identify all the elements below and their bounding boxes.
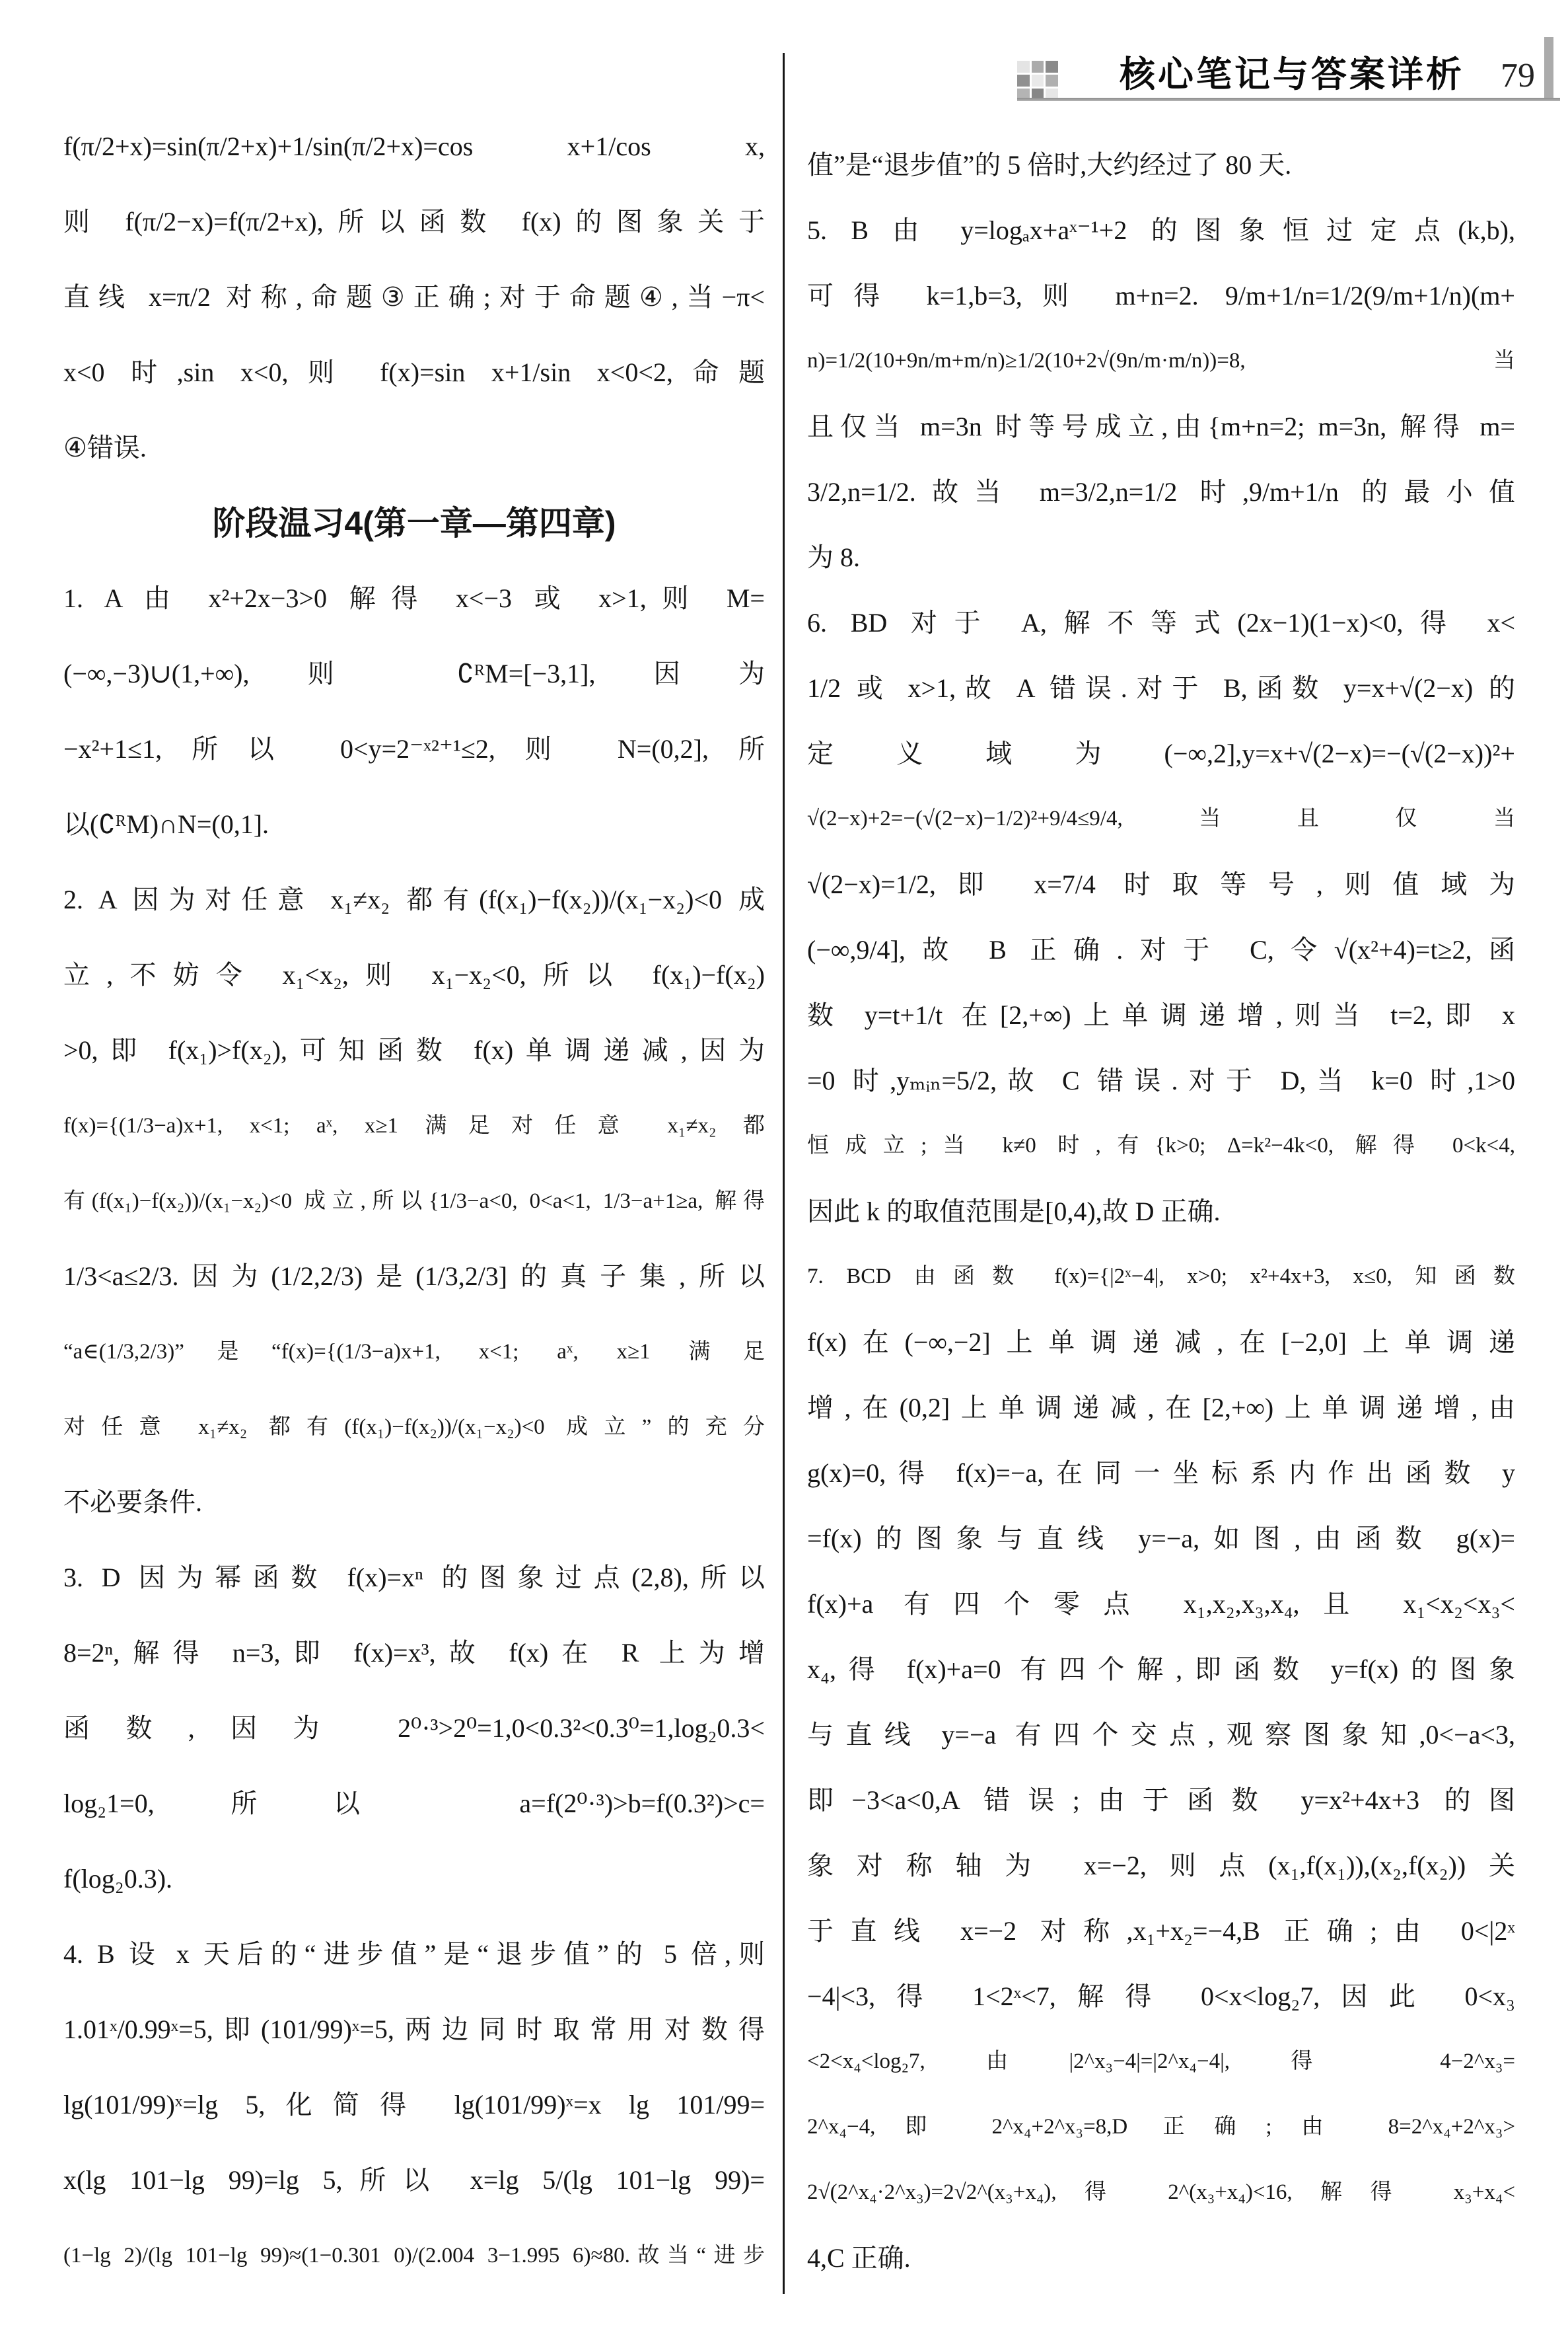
text-line: f(π/2+x)=sin(π/2+x)+1/sin(π/2+x)=cos x+1…	[63, 109, 765, 184]
text-line: 象对称轴为 x=−2,则点(x₁,f(x₁)),(x₂,f(x₂))关	[807, 1833, 1515, 1898]
text-line: 对任意 x₁≠x₂ 都有(f(x₁)−f(x₂))/(x₁−x₂)<0 成立”的…	[63, 1389, 765, 1465]
text-line: 于直线 x=−2 对称,x₁+x₂=−4,B 正确;由 0<|2ˣ	[807, 1898, 1515, 1964]
text-line: 1. A 由 x²+2x−3>0 解得 x<−3 或 x>1,则 M=	[63, 561, 765, 636]
text-line: 2. A 因为对任意 x₁≠x₂ 都有(f(x₁)−f(x₂))/(x₁−x₂)…	[63, 862, 765, 938]
text-line: 与直线 y=−a 有四个交点,观察图象知,0<−a<3,	[807, 1702, 1515, 1767]
text-line: 以(∁ᴿM)∩N=(0,1].	[63, 787, 765, 862]
text-line: 立,不妨令 x₁<x₂,则 x₁−x₂<0,所以 f(x₁)−f(x₂)	[63, 938, 765, 1013]
text-line: 1.01ˣ/0.99ˣ=5,即(101/99)ˣ=5,两边同时取常用对数得	[63, 1992, 765, 2067]
book-page: 核心笔记与答案详析 79 f(π/2+x)=sin(π/2+x)+1/sin(π…	[0, 0, 1568, 2325]
text-line: 定义域为(−∞,2],y=x+√(2−x)=−(√(2−x))²+	[807, 721, 1515, 786]
text-line: ④错误.	[63, 410, 765, 486]
text-line: 1/3<a≤2/3.因为(1/2,2/3)是(1/3,2/3]的真子集,所以	[63, 1239, 765, 1314]
text-line: 1/2 或 x>1,故 A 错误.对于 B,函数 y=x+√(2−x) 的	[807, 655, 1515, 721]
text-line: 8=2ⁿ,解得 n=3,即 f(x)=x³,故 f(x)在 R 上为增	[63, 1615, 765, 1691]
text-line: (1−lg 2)/(lg 101−lg 99)≈(1−0.301 0)/(2.0…	[63, 2218, 765, 2293]
grid-logo-icon	[1017, 61, 1058, 100]
text-line: x₄,得 f(x)+a=0 有四个解,即函数 y=f(x)的图象	[807, 1637, 1515, 1702]
column-divider	[783, 53, 785, 2294]
text-line: 为 8.	[807, 525, 1515, 590]
text-line: 4,C 正确.	[807, 2225, 1515, 2291]
text-line: 3. D 因为幂函数 f(x)=xⁿ 的图象过点(2,8),所以	[63, 1540, 765, 1615]
text-line: “a∈(1/3,2/3)”是“f(x)={(1/3−a)x+1, x<1; aˣ…	[63, 1314, 765, 1389]
text-line: 函数,因为 2⁰·³>2⁰=1,0<0.3²<0.3⁰=1,log₂0.3<	[63, 1691, 765, 1766]
text-line: 3/2,n=1/2.故当 m=3/2,n=1/2 时,9/m+1/n 的最小值	[807, 459, 1515, 525]
text-line: g(x)=0,得 f(x)=−a,在同一坐标系内作出函数 y	[807, 1440, 1515, 1506]
text-line: <2<x₄<log₂7,由|2^x₃−4|=|2^x₄−4|,得 4−2^x₃=	[807, 2029, 1515, 2094]
text-line: (−∞,−3)∪(1,+∞),则 ∁ᴿM=[−3,1],因为	[63, 636, 765, 712]
text-line: 直线 x=π/2 对称,命题③正确;对于命题④,当−π<	[63, 260, 765, 335]
text-line: lg(101/99)ˣ=lg 5,化简得 lg(101/99)ˣ=x lg 10…	[63, 2067, 765, 2143]
text-line: −4|<3,得 1<2ˣ<7,解得 0<x<log₂7,因此 0<x₃	[807, 1964, 1515, 2029]
text-line: 数 y=t+1/t 在[2,+∞)上单调递增,则当 t=2,即 x	[807, 982, 1515, 1048]
text-line: 增,在(0,2]上单调递减,在[2,+∞)上单调递增,由	[807, 1375, 1515, 1440]
page-number: 79	[1501, 57, 1535, 95]
text-line: f(log₂0.3).	[63, 1841, 765, 1917]
text-line: 2√(2^x₄·2^x₃)=2√2^(x₃+x₄),得 2^(x₃+x₄)<16…	[807, 2160, 1515, 2225]
text-line: 恒成立;当 k≠0 时,有{k>0; Δ=k²−4k<0, 解得 0<k<4,	[807, 1113, 1515, 1179]
text-line: =0 时,yₘᵢₙ=5/2,故 C 错误.对于 D,当 k=0 时,1>0	[807, 1048, 1515, 1113]
text-line: 有(f(x₁)−f(x₂))/(x₁−x₂)<0 成立,所以{1/3−a<0, …	[63, 1163, 765, 1239]
text-line: 且仅当 m=3n 时等号成立,由{m+n=2; m=3n, 解得 m=	[807, 394, 1515, 459]
text-line: x<0 时,sin x<0,则 f(x)=sin x+1/sin x<0<2,命…	[63, 335, 765, 410]
text-line: x(lg 101−lg 99)=lg 5,所以 x=lg 5/(lg 101−l…	[63, 2143, 765, 2218]
text-line: 不必要条件.	[63, 1465, 765, 1540]
text-line: 即−3<a<0,A 错误;由于函数 y=x²+4x+3 的图	[807, 1767, 1515, 1833]
text-line: 2^x₄−4,即 2^x₄+2^x₃=8,D 正确;由 8=2^x₄+2^x₃>	[807, 2094, 1515, 2160]
section-heading: 阶段温习4(第一章—第四章)	[63, 486, 765, 561]
text-line: √(2−x)+2=−(√(2−x)−1/2)²+9/4≤9/4,当且仅当	[807, 786, 1515, 852]
text-line: f(x)={(1/3−a)x+1, x<1; aˣ, x≥1 满足对任意 x₁≠…	[63, 1088, 765, 1163]
text-line: 7. BCD 由函数 f(x)={|2ˣ−4|, x>0; x²+4x+3, x…	[807, 1244, 1515, 1310]
text-line: 可得 k=1,b=3,则 m+n=2. 9/m+1/n=1/2(9/m+1/n)…	[807, 263, 1515, 328]
text-line: 因此 k 的取值范围是[0,4),故 D 正确.	[807, 1179, 1515, 1244]
text-line: f(x)+a 有四个零点 x₁,x₂,x₃,x₄,且 x₁<x₂<x₃<	[807, 1571, 1515, 1637]
left-column: f(π/2+x)=sin(π/2+x)+1/sin(π/2+x)=cos x+1…	[63, 109, 765, 2303]
text-line: log₂1=0,所以 a=f(2⁰·³)>b=f(0.3²)>c=	[63, 1766, 765, 1841]
header-end-bar	[1544, 37, 1553, 99]
right-column: 值”是“退步值”的 5 倍时,大约经过了 80 天.5. B 由 y=logₐx…	[807, 132, 1515, 2299]
text-line: −x²+1≤1,所以 0<y=2⁻ˣ²⁺¹≤2,则 N=(0,2],所	[63, 712, 765, 787]
text-line: (−∞,9/4],故 B 正确.对于 C,令√(x²+4)=t≥2,函	[807, 917, 1515, 982]
text-line: √(2−x)=1/2,即 x=7/4 时取等号,则值域为	[807, 852, 1515, 917]
text-line: =f(x)的图象与直线 y=−a,如图,由函数 g(x)=	[807, 1506, 1515, 1571]
text-line: n)=1/2(10+9n/m+m/n)≥1/2(10+2√(9n/m·m/n))…	[807, 328, 1515, 394]
text-line: 6. BD 对于 A,解不等式(2x−1)(1−x)<0,得 x<	[807, 590, 1515, 655]
text-line: 5. B 由 y=logₐx+aˣ⁻¹+2 的图象恒过定点(k,b),	[807, 198, 1515, 263]
text-line: >0,即 f(x₁)>f(x₂),可知函数 f(x)单调递减,因为	[63, 1013, 765, 1088]
text-line: 则 f(π/2−x)=f(π/2+x),所以函数 f(x)的图象关于	[63, 184, 765, 260]
text-line: 4. B 设 x 天后的“进步值”是“退步值”的 5 倍,则	[63, 1917, 765, 1992]
page-title: 核心笔记与答案详析	[1120, 54, 1479, 95]
text-line: 值”是“退步值”的 5 倍时,大约经过了 80 天.	[807, 132, 1515, 198]
text-line: f(x)在(−∞,−2]上单调递减,在[−2,0]上单调递	[807, 1310, 1515, 1375]
header-rule	[1017, 98, 1560, 101]
